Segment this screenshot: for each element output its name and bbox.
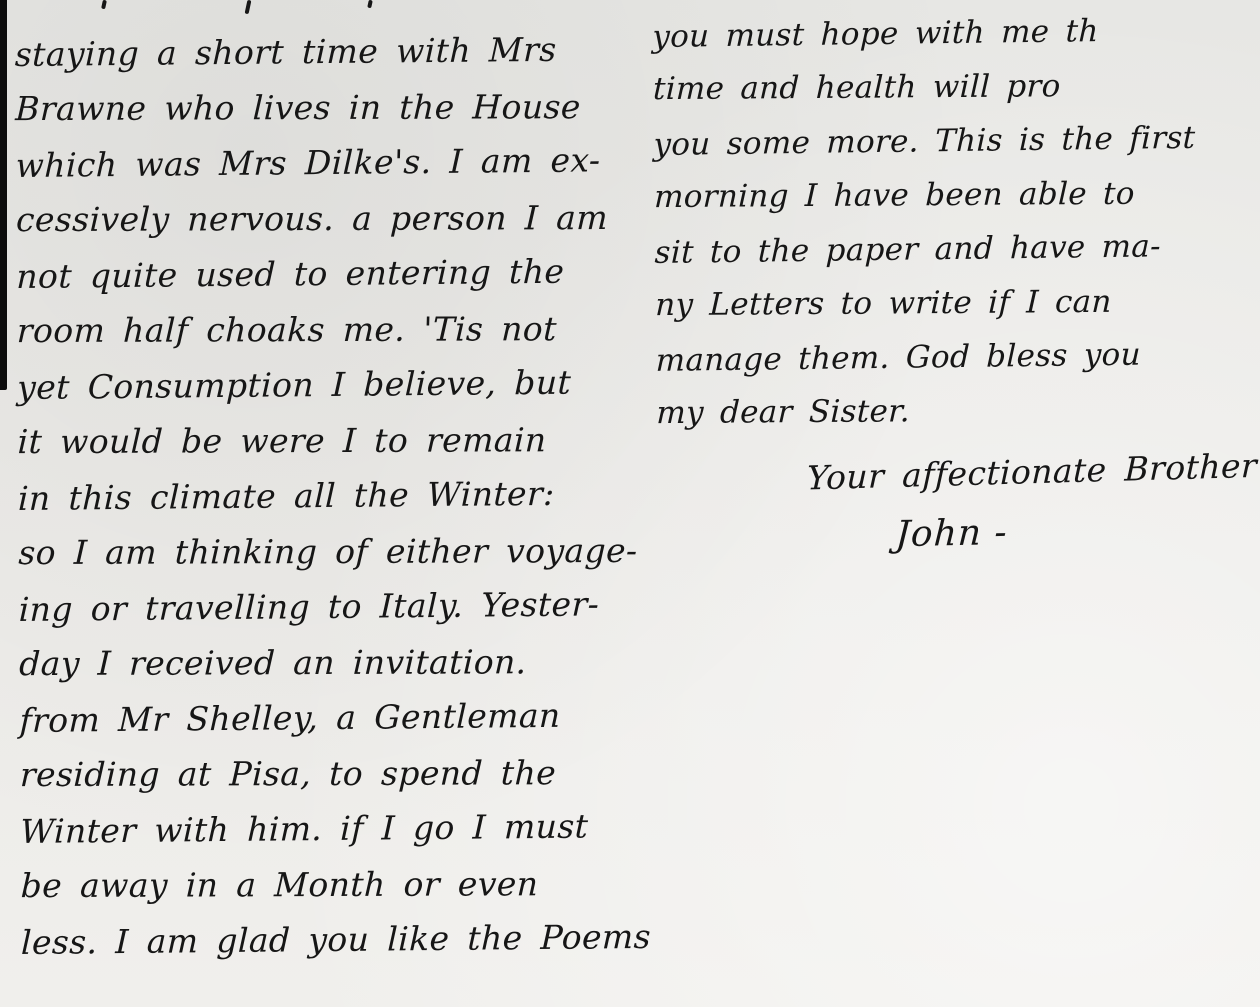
handwritten-line: from Mr Shelley, a Gentleman <box>19 687 642 748</box>
letter-paper: staying a short time with MrsBrawne who … <box>0 0 1260 1007</box>
handwritten-line: morning I have been able to <box>653 166 1254 224</box>
handwritten-line: Brawne who lives in the House <box>14 78 638 136</box>
handwritten-line: which was Mrs Dilke's. I am ex- <box>15 132 638 193</box>
handwritten-line: not quite used to entering the <box>16 243 639 304</box>
handwritten-line: in this climate all the Winter: <box>17 465 640 526</box>
handwritten-line: manage them. God bless you <box>655 326 1256 388</box>
handwritten-line: less. I am glad you like the Poems <box>20 909 643 970</box>
letter-closing: Your affectionate Brother <box>806 437 1258 508</box>
handwritten-line: ing or travelling to Italy. Yester- <box>18 576 641 637</box>
letter-right-column: you must hope with me thtime and health … <box>652 3 1258 567</box>
letter-signature: John - <box>894 497 1259 566</box>
handwritten-line: be away in a Month or even <box>20 855 644 913</box>
handwritten-line: my dear Sister. <box>656 382 1257 440</box>
handwritten-line: it would be were I to remain <box>17 411 641 469</box>
handwritten-line: you some more. This is the first <box>653 110 1254 172</box>
cropped-pen-stroke <box>101 0 107 9</box>
handwritten-line: day I received an invitation. <box>18 633 642 691</box>
letter-left-column: staying a short time with MrsBrawne who … <box>15 22 644 970</box>
handwritten-line: residing at Pisa, to spend the <box>19 744 643 802</box>
cropped-pen-stroke <box>245 0 252 14</box>
scan-edge-artifact <box>0 0 7 390</box>
handwritten-line: room half choaks me. 'Tis not <box>16 300 640 358</box>
handwritten-line: Winter with him. if I go I must <box>20 798 643 859</box>
handwritten-line: cessively nervous. a person I am <box>15 189 639 247</box>
handwritten-line: staying a short time with Mrs <box>14 21 637 82</box>
handwritten-line: time and health will pro <box>652 58 1253 116</box>
handwritten-line: ny Letters to write if I can <box>654 274 1255 332</box>
handwritten-line: sit to the paper and have ma- <box>654 218 1255 280</box>
letter-right-body: you must hope with me thtime and health … <box>652 3 1256 441</box>
letter-scan-page: { "page": { "paper_color": "#eae9e6", "i… <box>0 0 1260 1007</box>
handwritten-line: yet Consumption I believe, but <box>17 354 640 415</box>
handwritten-line: so I am thinking of either voyage- <box>18 522 642 580</box>
handwritten-line: you must hope with me th <box>652 2 1253 64</box>
cropped-pen-stroke <box>367 0 373 8</box>
